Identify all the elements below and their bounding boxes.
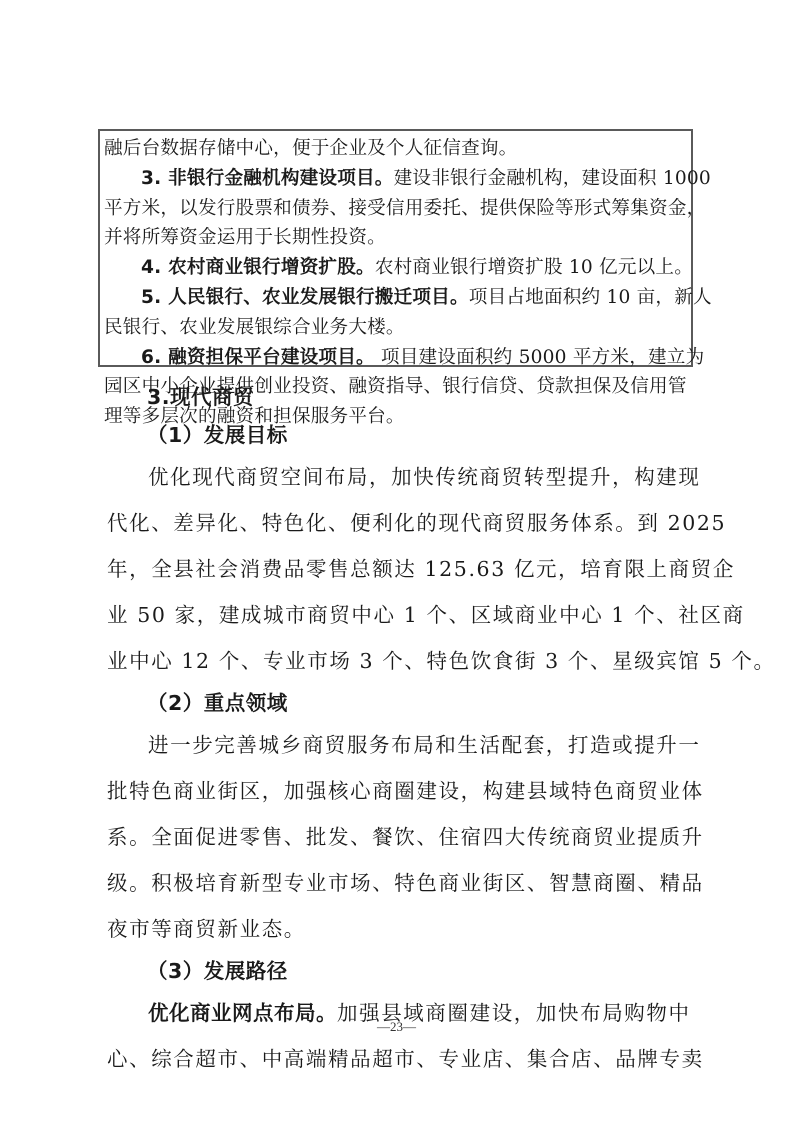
page-number: —23— [0, 1019, 793, 1035]
paragraph-line: 年，全县社会消费品零售总额达 125.63 亿元，培育限上商贸企 [107, 552, 735, 582]
paragraph-line: 进一步完善城乡商贸服务布局和生活配套，打造或提升一 [148, 728, 701, 758]
box-text: 农村商业银行增资扩股 10 亿元以上。 [375, 257, 693, 278]
paragraph-line: 级。积极培育新型专业市场、特色商业街区、智慧商圈、精品 [107, 866, 704, 896]
box-item-title: 5. 人民银行、农业发展银行搬迁项目。 [141, 287, 469, 308]
box-line: 民银行、农业发展银综合业务大楼。 [104, 313, 687, 343]
box-text: 平方米，以发行股票和债券、接受信用委托、提供保险等形式筹集资金， [104, 198, 705, 219]
box-item-title: 3. 非银行金融机构建设项目。 [141, 168, 394, 189]
paragraph-line: 优化现代商贸空间布局，加快传统商贸转型提升，构建现 [148, 460, 701, 490]
box-line: 平方米，以发行股票和债券、接受信用委托、提供保险等形式筹集资金， [104, 194, 687, 224]
box-line: 融后台数据存储中心，便于企业及个人征信查询。 [104, 134, 687, 164]
section-heading: 3.现代商贸 [147, 380, 254, 410]
subheading-goals: （1）发展目标 [147, 418, 288, 448]
box-item-title: 4. 农村商业银行增资扩股。 [141, 257, 375, 278]
box-line: 并将所筹资金运用于长期性投资。 [104, 223, 687, 253]
project-list-box: 融后台数据存储中心，便于企业及个人征信查询。 3. 非银行金融机构建设项目。建设… [98, 129, 693, 367]
box-text: 项目占地面积约 10 亩，新人 [469, 287, 712, 308]
box-text: 融后台数据存储中心，便于企业及个人征信查询。 [104, 138, 517, 159]
box-text: 建设非银行金融机构，建设面积 1000 [394, 168, 711, 189]
box-line: 5. 人民银行、农业发展银行搬迁项目。项目占地面积约 10 亩，新人 [104, 283, 687, 313]
box-text: 项目建设面积约 5000 平方米，建立为 [375, 347, 705, 368]
paragraph-line: 心、综合超市、中高端精品超市、专业店、集合店、品牌专卖 [107, 1042, 704, 1072]
paragraph-line: 代化、差异化、特色化、便利化的现代商贸服务体系。到 2025 [107, 506, 726, 536]
subheading-path: （3）发展路径 [147, 954, 288, 984]
paragraph-line: 批特色商业街区，加强核心商圈建设，构建县域特色商贸业体 [107, 774, 704, 804]
subheading-key-areas: （2）重点领域 [147, 686, 288, 716]
paragraph-line: 夜市等商贸新业态。 [107, 912, 306, 942]
box-line: 6. 融资担保平台建设项目。 项目建设面积约 5000 平方米，建立为 [104, 343, 687, 373]
paragraph-line: 业 50 家，建成城市商贸中心 1 个、区域商业中心 1 个、社区商 [107, 598, 745, 628]
paragraph-line: 系。全面促进零售、批发、餐饮、住宿四大传统商贸业提质升 [107, 820, 704, 850]
box-line: 4. 农村商业银行增资扩股。农村商业银行增资扩股 10 亿元以上。 [104, 253, 687, 283]
box-text: 民银行、农业发展银综合业务大楼。 [104, 317, 405, 338]
box-text: 并将所筹资金运用于长期性投资。 [104, 227, 386, 248]
paragraph-line: 业中心 12 个、专业市场 3 个、特色饮食街 3 个、星级宾馆 5 个。 [107, 644, 776, 674]
box-line: 3. 非银行金融机构建设项目。建设非银行金融机构，建设面积 1000 [104, 164, 687, 194]
box-item-title: 6. 融资担保平台建设项目。 [141, 347, 375, 368]
